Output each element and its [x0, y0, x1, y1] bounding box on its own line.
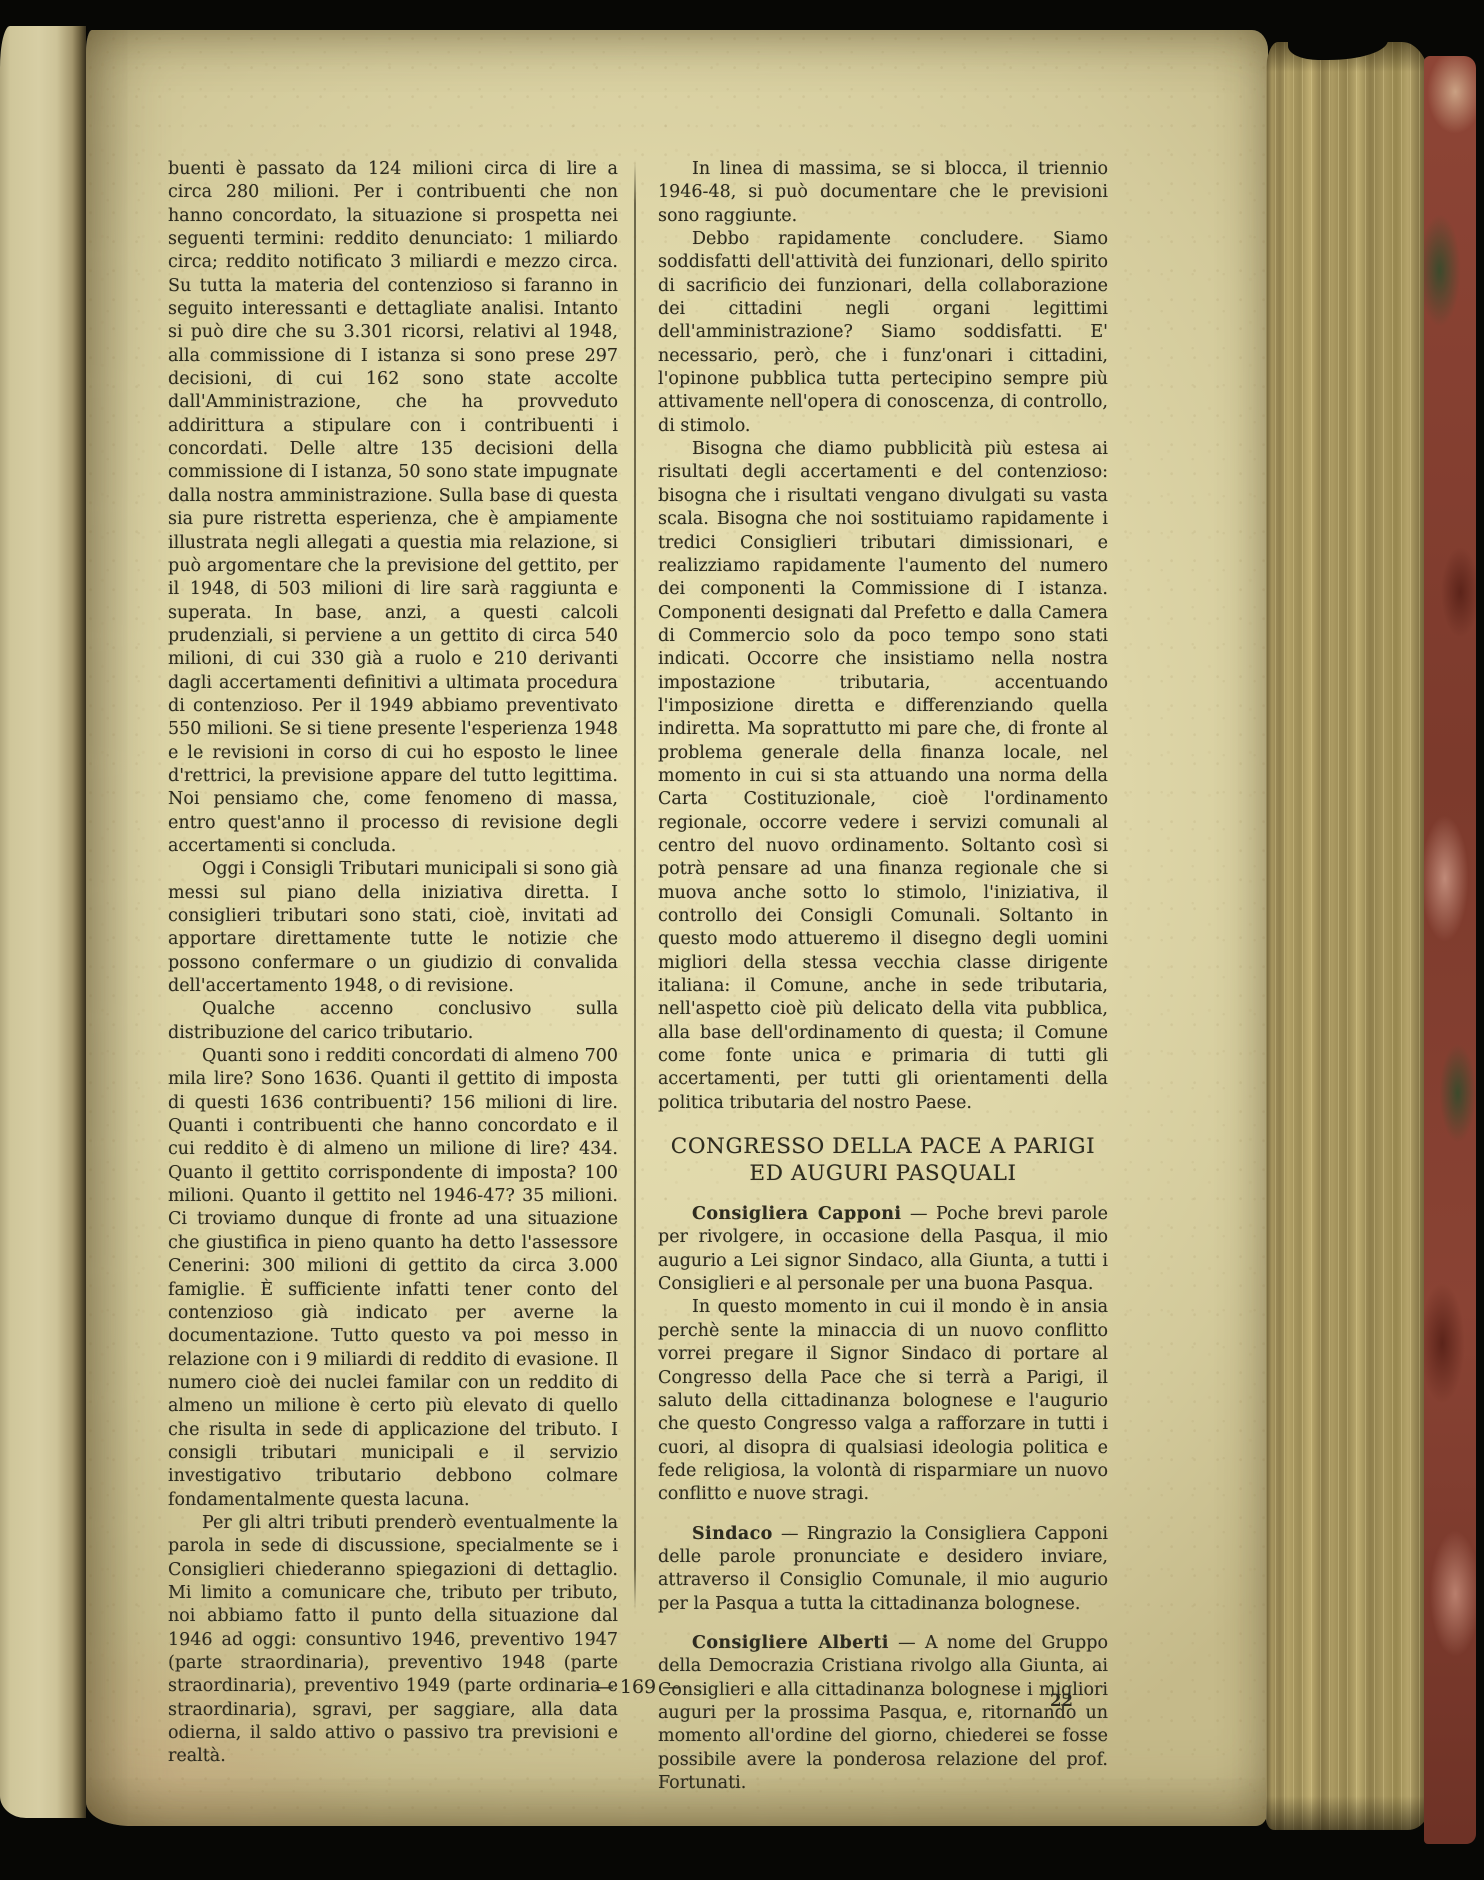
speaker-name: Sindaco: [692, 1524, 773, 1544]
speech-capponi: Consigliera Capponi — Poche brevi parole…: [658, 1203, 1108, 1296]
page-number-footer: — 169 —: [168, 1676, 1108, 1698]
paragraph: Per gli altri tributi prenderò eventualm…: [168, 1512, 618, 1769]
book-page: buenti è passato da 124 milioni circa di…: [86, 30, 1268, 1826]
paragraph: buenti è passato da 124 milioni circa di…: [168, 158, 618, 858]
speech-alberti: Consigliere Alberti — A nome del Gruppo …: [658, 1632, 1108, 1795]
speech-sindaco: Sindaco — Ringrazio la Consigliera Cappo…: [658, 1523, 1108, 1616]
paragraph: In linea di massima, se si blocca, il tr…: [658, 158, 1108, 228]
facing-page-edge: [0, 26, 86, 1818]
section-heading: CONGRESSO DELLA PACE A PARIGI ED AUGURI …: [658, 1133, 1108, 1187]
page-stack-fore-edge: [1266, 42, 1430, 1830]
speaker-name: Consigliera Capponi: [692, 1204, 901, 1224]
column-divider-rule: [634, 160, 636, 1610]
left-text-column: buenti è passato da 124 milioni circa di…: [168, 158, 618, 1769]
paragraph: Bisogna che diamo pubblicità più estesa …: [658, 438, 1108, 1115]
speech-capponi-continued: In questo momento in cui il mondo è in a…: [658, 1296, 1108, 1506]
paragraph: Oggi i Consigli Tributari municipali si …: [168, 858, 618, 998]
marbled-cover-edge: [1424, 56, 1476, 1844]
speaker-name: Consigliere Alberti: [692, 1633, 889, 1653]
section-heading-line2: ED AUGURI PASQUALI: [749, 1161, 1016, 1186]
paragraph: Debbo rapidamente concludere. Siamo sodd…: [658, 228, 1108, 438]
speech-text: — A nome del Gruppo della Democrazia Cri…: [658, 1633, 1108, 1793]
paragraph: Quanti sono i redditi concordati di alme…: [168, 1045, 618, 1512]
paragraph: Qualche accenno conclusivo sulla distrib…: [168, 998, 618, 1045]
section-heading-line1: CONGRESSO DELLA PACE A PARIGI: [671, 1134, 1095, 1159]
signature-mark: 22: [1050, 1691, 1073, 1710]
right-text-column: In linea di massima, se si blocca, il tr…: [658, 158, 1108, 1795]
